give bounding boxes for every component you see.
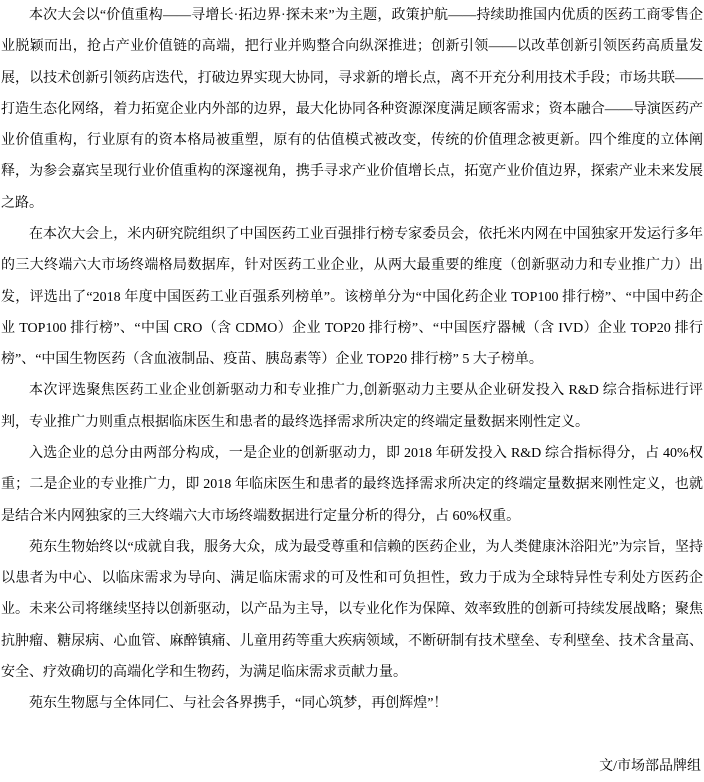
paragraph-ranking-lists: 在本次大会上，米内研究院组织了中国医药工业百强排行榜专家委员会，依托米内网在中国… — [1, 219, 703, 375]
paragraph-closing-wish: 苑东生物愿与全体同仁、与社会各界携手，“同心筑梦，再创辉煌”！ — [1, 688, 703, 719]
byline: 文/市场部品牌组 — [1, 751, 703, 782]
paragraph-score-composition: 入选企业的总分由两部分构成，一是企业的创新驱动力，即 2018 年研发投入 R&… — [1, 438, 703, 532]
paragraph-selection-criteria: 本次评选聚焦医药工业企业创新驱动力和专业推广力,创新驱动力主要从企业研发投入 R… — [1, 375, 703, 438]
article-body: 本次大会以“价值重构——寻增长·拓边界·探未来”为主题，政策护航——持续助推国内… — [0, 0, 704, 782]
paragraph-company-mission: 苑东生物始终以“成就自我，服务大众，成为最受尊重和信赖的医药企业，为人类健康沐浴… — [1, 532, 703, 688]
paragraph-theme-overview: 本次大会以“价值重构——寻增长·拓边界·探未来”为主题，政策护航——持续助推国内… — [1, 0, 703, 219]
